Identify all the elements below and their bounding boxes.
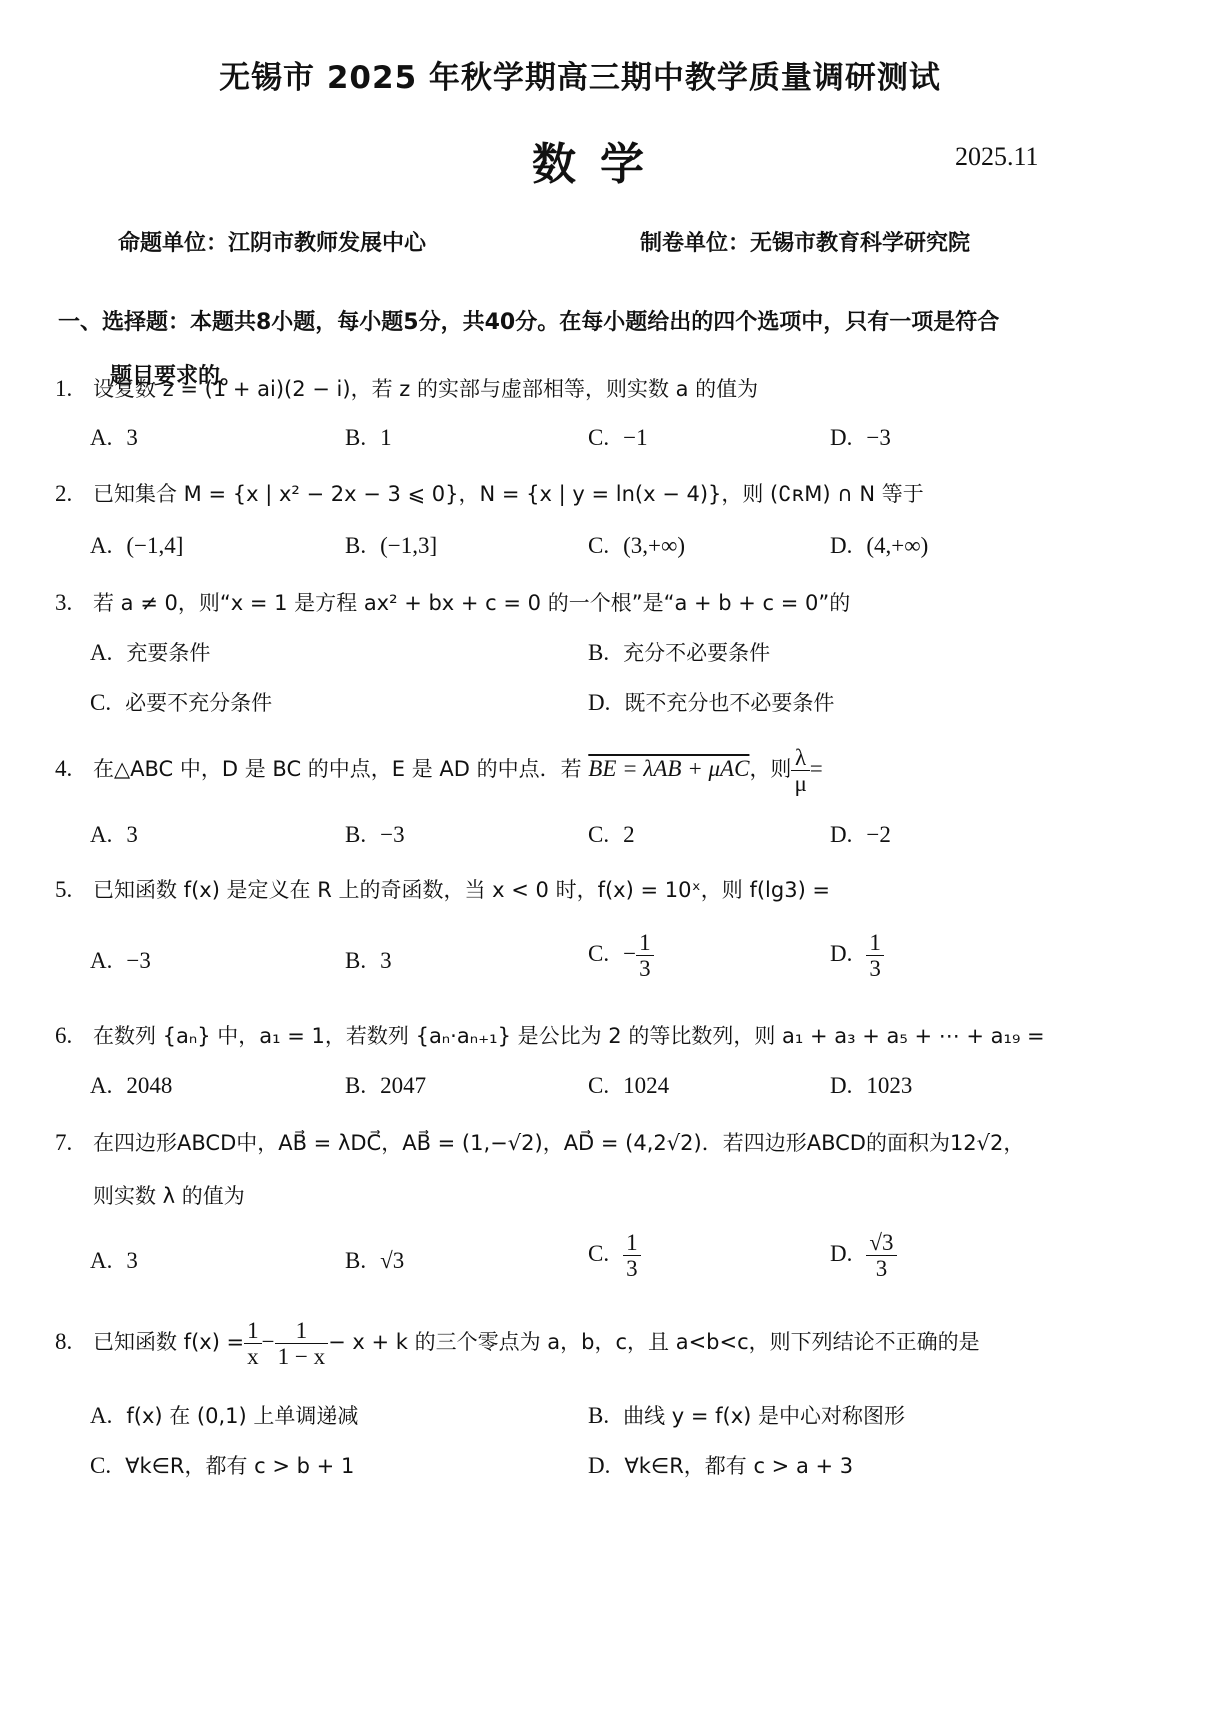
option-label: A.	[90, 425, 112, 450]
option-text: 3	[126, 1248, 138, 1273]
fraction-one-over-one-minus-x: 11 − x	[275, 1318, 328, 1370]
question-2: 2.已知集合 M = {x | x² − 2x − 3 ⩽ 0}，N = {x …	[55, 478, 924, 508]
question-stem: 已知函数 f(x) 是定义在 R 上的奇函数，当 x < 0 时，f(x) = …	[93, 878, 830, 902]
option-text: √3	[380, 1248, 404, 1273]
question-stem: 若 a ≠ 0，则“x = 1 是方程 ax² + bx + c = 0 的一个…	[93, 591, 850, 615]
option-label: D.	[830, 533, 852, 558]
option-text: −2	[866, 822, 890, 847]
option-b: B.−3	[345, 822, 405, 848]
option-text: −3	[380, 822, 404, 847]
option-text: 必要不充分条件	[125, 691, 272, 715]
option-label: D.	[830, 822, 852, 847]
question-stem: 在四边形ABCD中，AB⃗ = λDC⃗，AB⃗ = (1,−√2)，AD⃗ =…	[93, 1131, 1024, 1155]
fraction: 13	[866, 930, 884, 982]
option-label: B.	[345, 822, 366, 847]
option-a: A.−3	[90, 948, 151, 974]
option-label: A.	[90, 948, 112, 973]
denominator: μ	[791, 771, 809, 796]
numerator: √3	[866, 1230, 896, 1256]
option-c: C.2	[588, 822, 635, 848]
option-d: D.(4,+∞)	[830, 533, 928, 559]
denominator: x	[244, 1344, 262, 1369]
option-label: A.	[90, 640, 112, 665]
option-text: 1023	[866, 1073, 912, 1098]
denominator: 1 − x	[275, 1344, 328, 1369]
option-label: C.	[588, 1073, 609, 1098]
option-c: C.−1	[588, 425, 648, 451]
option-c: C.∀k∈R，都有 c > b + 1	[90, 1450, 354, 1480]
option-b: B.曲线 y = f(x) 是中心对称图形	[588, 1400, 905, 1430]
option-b: B.充分不必要条件	[588, 637, 770, 667]
option-label: B.	[588, 1403, 609, 1428]
option-d: D.−2	[830, 822, 891, 848]
option-label: B.	[345, 1073, 366, 1098]
option-text: f(x) 在 (0,1) 上单调递减	[126, 1404, 358, 1428]
question-1: 1.设复数 z = (1 + ai)(2 − i)，若 z 的实部与虚部相等，则…	[55, 373, 758, 403]
denominator: 3	[636, 956, 654, 981]
option-label: C.	[588, 1241, 609, 1266]
option-c: C.1024	[588, 1073, 669, 1099]
numerator: λ	[791, 745, 809, 771]
question-7: 7.在四边形ABCD中，AB⃗ = λDC⃗，AB⃗ = (1,−√2)，AD⃗…	[55, 1127, 1024, 1157]
option-text: ∀k∈R，都有 c > a + 3	[624, 1454, 853, 1478]
option-text: 3	[126, 425, 138, 450]
option-text: 曲线 y = f(x) 是中心对称图形	[623, 1404, 905, 1428]
option-label: D.	[830, 1073, 852, 1098]
option-label: A.	[90, 822, 112, 847]
option-text: −1	[623, 425, 647, 450]
numerator: 1	[244, 1318, 262, 1344]
option-a: A.(−1,4]	[90, 533, 183, 559]
option-text: −3	[126, 948, 150, 973]
option-label: B.	[345, 533, 366, 558]
minus-sign: −	[262, 1329, 275, 1354]
question-5: 5.已知函数 f(x) 是定义在 R 上的奇函数，当 x < 0 时，f(x) …	[55, 874, 830, 904]
option-label: C.	[588, 822, 609, 847]
question-stem: 已知函数 f(x) =	[93, 1330, 244, 1354]
option-label: C.	[90, 690, 111, 715]
question-7-continued: 则实数 λ 的值为	[93, 1180, 245, 1210]
question-number: 7.	[55, 1130, 93, 1156]
option-text: 3	[126, 822, 138, 847]
denominator: 3	[866, 1256, 896, 1281]
setter-unit: 命题单位：江阴市教师发展中心	[118, 226, 426, 257]
option-d: D.√33	[830, 1230, 897, 1282]
exam-title: 无锡市 2025 年秋学期高三期中教学质量调研测试	[0, 52, 1160, 97]
option-c: C.13	[588, 1230, 641, 1282]
option-label: C.	[588, 533, 609, 558]
fraction-lambda-mu: λμ	[791, 745, 809, 797]
option-d: D.13	[830, 930, 884, 982]
subject-title: 数学	[532, 128, 668, 192]
option-label: D.	[830, 1241, 852, 1266]
numerator: 1	[636, 930, 654, 956]
option-label: A.	[90, 1248, 112, 1273]
question-stem-tail: ，则	[749, 757, 791, 781]
question-3: 3.若 a ≠ 0，则“x = 1 是方程 ax² + bx + c = 0 的…	[55, 587, 850, 617]
option-label: D.	[588, 1453, 610, 1478]
option-a: A.3	[90, 1248, 138, 1274]
denominator: 3	[623, 1256, 641, 1281]
option-text: 2047	[380, 1073, 426, 1098]
option-c: C.−13	[588, 930, 654, 982]
numerator: 1	[275, 1318, 328, 1344]
option-label: D.	[830, 941, 852, 966]
question-stem: 已知集合 M = {x | x² − 2x − 3 ⩽ 0}，N = {x | …	[93, 482, 924, 506]
option-text: 充分不必要条件	[623, 641, 770, 665]
numerator: 1	[623, 1230, 641, 1256]
option-d: D.1023	[830, 1073, 912, 1099]
option-text: 3	[380, 948, 392, 973]
question-number: 1.	[55, 376, 93, 402]
option-label: D.	[830, 425, 852, 450]
option-text: (3,+∞)	[623, 533, 685, 558]
option-b: B.(−1,3]	[345, 533, 437, 559]
option-d: D.∀k∈R，都有 c > a + 3	[588, 1450, 853, 1480]
equals-sign: =	[810, 756, 823, 781]
fraction-one-over-x: 1x	[244, 1318, 262, 1370]
option-label: C.	[588, 941, 609, 966]
question-number: 8.	[55, 1329, 93, 1355]
option-text: 2048	[126, 1073, 172, 1098]
vector-equation: BE = λAB + μAC	[588, 756, 749, 781]
denominator: 3	[866, 956, 884, 981]
option-text: (4,+∞)	[866, 533, 928, 558]
option-b: B.3	[345, 948, 392, 974]
option-b: B.1	[345, 425, 392, 451]
numerator: 1	[866, 930, 884, 956]
question-stem: 在△ABC 中，D 是 BC 的中点，E 是 AD 的中点．若	[93, 757, 588, 781]
question-stem: 在数列 {aₙ} 中，a₁ = 1，若数列 {aₙ·aₙ₊₁} 是公比为 2 的…	[93, 1024, 1045, 1048]
fraction: 13	[623, 1230, 641, 1282]
option-label: B.	[345, 948, 366, 973]
option-label: B.	[345, 1248, 366, 1273]
option-label: B.	[345, 425, 366, 450]
option-text: ∀k∈R，都有 c > b + 1	[125, 1454, 354, 1478]
question-stem: 设复数 z = (1 + ai)(2 − i)，若 z 的实部与虚部相等，则实数…	[93, 377, 758, 401]
question-number: 3.	[55, 590, 93, 616]
option-label: A.	[90, 533, 112, 558]
option-text: 充要条件	[126, 641, 210, 665]
option-label: C.	[90, 1453, 111, 1478]
producer-unit: 制卷单位：无锡市教育科学研究院	[640, 226, 970, 257]
question-4: 4.在△ABC 中，D 是 BC 的中点，E 是 AD 的中点．若 BE = λ…	[55, 745, 823, 797]
option-a: A.2048	[90, 1073, 172, 1099]
question-number: 4.	[55, 756, 93, 782]
option-c: C.(3,+∞)	[588, 533, 685, 559]
exam-date: 2025.11	[955, 142, 1039, 172]
option-a: A.f(x) 在 (0,1) 上单调递减	[90, 1400, 358, 1430]
question-6: 6.在数列 {aₙ} 中，a₁ = 1，若数列 {aₙ·aₙ₊₁} 是公比为 2…	[55, 1020, 1045, 1050]
fraction: √33	[866, 1230, 896, 1282]
question-stem-line2: 则实数 λ 的值为	[93, 1184, 245, 1208]
option-text: −3	[866, 425, 890, 450]
option-d: D.既不充分也不必要条件	[588, 687, 834, 717]
option-b: B.√3	[345, 1248, 404, 1274]
option-d: D.−3	[830, 425, 891, 451]
option-label: A.	[90, 1403, 112, 1428]
option-text: 1	[380, 425, 392, 450]
option-text: 2	[623, 822, 635, 847]
option-a: A.3	[90, 822, 138, 848]
option-a: A.充要条件	[90, 637, 210, 667]
option-text: (−1,3]	[380, 533, 437, 558]
question-stem-tail: − x + k 的三个零点为 a，b，c，且 a<b<c，则下列结论不正确的是	[328, 1330, 980, 1354]
option-text: 1024	[623, 1073, 669, 1098]
option-text: (−1,4]	[126, 533, 183, 558]
option-a: A.3	[90, 425, 138, 451]
option-c: C.必要不充分条件	[90, 687, 272, 717]
option-label: A.	[90, 1073, 112, 1098]
option-b: B.2047	[345, 1073, 426, 1099]
option-text: 既不充分也不必要条件	[624, 691, 834, 715]
fraction: 13	[636, 930, 654, 982]
minus-sign: −	[623, 941, 636, 966]
question-number: 2.	[55, 481, 93, 507]
option-label: B.	[588, 640, 609, 665]
question-number: 6.	[55, 1023, 93, 1049]
section-heading-line1: 一、选择题：本题共8小题，每小题5分，共40分。在每小题给出的四个选项中，只有一…	[58, 296, 1178, 350]
option-label: C.	[588, 425, 609, 450]
option-label: D.	[588, 690, 610, 715]
question-8: 8.已知函数 f(x) =1x−11 − x− x + k 的三个零点为 a，b…	[55, 1318, 980, 1370]
question-number: 5.	[55, 877, 93, 903]
